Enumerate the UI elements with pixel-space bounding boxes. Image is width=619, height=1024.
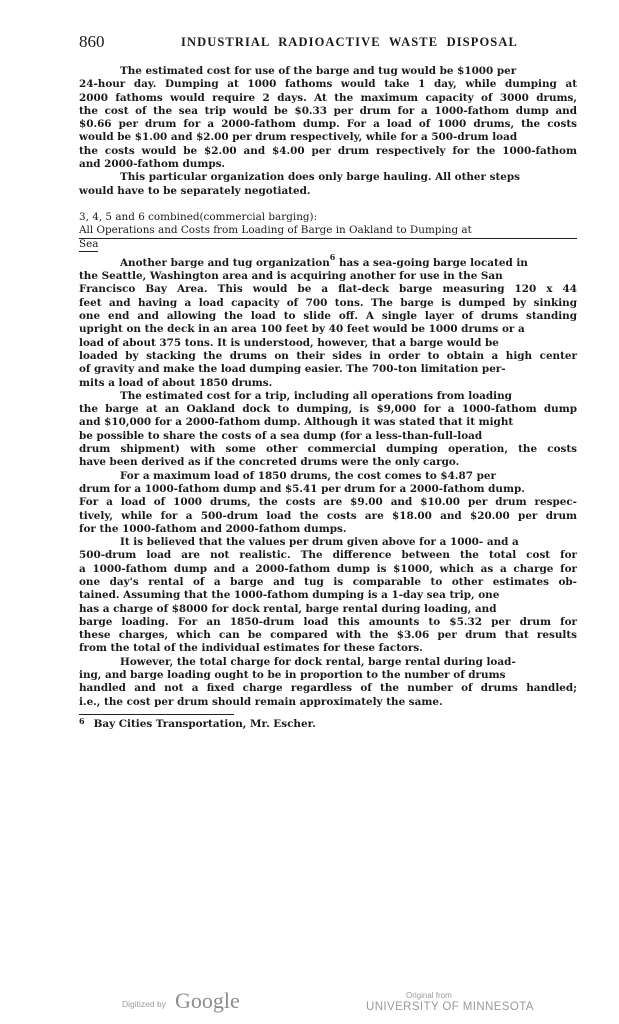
- text-line: and $10,000 for a 2000-fathom dump. Alth…: [79, 416, 577, 429]
- text-line: The estimated cost for a trip, including…: [79, 390, 577, 403]
- footnote-mark: 6: [79, 716, 85, 726]
- text-line: feet and having a load capacity of 700 t…: [79, 297, 577, 310]
- text-line: However, the total charge for dock renta…: [79, 656, 577, 669]
- text-line: for the 1000-fathom and 2000-fathom dump…: [79, 523, 577, 536]
- text-line: 500-drum load are not realistic. The dif…: [79, 549, 577, 562]
- text-line: from the total of the individual estimat…: [79, 642, 577, 655]
- paragraph-barge-hauling-only: This particular organization does only b…: [79, 171, 577, 198]
- text-line: of gravity and make the load dumping eas…: [79, 363, 577, 376]
- text-line: loaded by stacking the drums on their si…: [79, 350, 577, 363]
- paragraph-proportional-charge: However, the total charge for dock renta…: [79, 656, 577, 709]
- text-line: the cost of the sea trip would be $0.33 …: [79, 105, 577, 118]
- text-line: Francisco Bay Area. This would be a flat…: [79, 283, 577, 296]
- footnote-divider: [79, 714, 234, 715]
- body-text: The estimated cost for use of the barge …: [79, 65, 577, 709]
- text-line: have been derived as if the concreted dr…: [79, 456, 577, 469]
- text-line: The estimated cost for use of the barge …: [79, 65, 577, 78]
- digitization-footer: Digitized by Google Original from UNIVER…: [0, 990, 619, 1020]
- text-line: mits a load of about 1850 drums.: [79, 377, 577, 390]
- paragraph-barge-tug-cost: The estimated cost for use of the barge …: [79, 65, 577, 171]
- text-line: one day's rental of a barge and tug is c…: [79, 576, 577, 589]
- footnote-reference: 6: [330, 252, 336, 262]
- text-line: the Seattle, Washington area and is acqu…: [79, 270, 577, 283]
- text-line: handled and not a fixed charge regardles…: [79, 682, 577, 695]
- text-line: be possible to share the costs of a sea …: [79, 430, 577, 443]
- text-line: Another barge and tug organization6 has …: [79, 257, 577, 270]
- text-line: would have to be separately negotiated.: [79, 185, 577, 198]
- paragraph-max-load-cost: For a maximum load of 1850 drums, the co…: [79, 470, 577, 536]
- text-line: 2000 fathoms would require 2 days. At th…: [79, 92, 577, 105]
- footnote-text: Bay Cities Transportation, Mr. Escher.: [94, 718, 316, 730]
- text-line: the costs would be $2.00 and $4.00 per d…: [79, 145, 577, 158]
- page-number: 860: [79, 32, 105, 52]
- text-line: tained. Assuming that the 1000-fathom du…: [79, 589, 577, 602]
- paragraph-trip-cost: The estimated cost for a trip, including…: [79, 390, 577, 470]
- text-line: would be $1.00 and $2.00 per drum respec…: [79, 131, 577, 144]
- original-from-label: Original from: [406, 991, 452, 1000]
- text-line: a 1000-fathom dump and a 2000-fathom dum…: [79, 563, 577, 576]
- google-logo: Google: [175, 988, 240, 1014]
- text-line: barge loading. For an 1850-drum load thi…: [79, 616, 577, 629]
- digitized-by-label: Digitized by: [122, 999, 166, 1009]
- text-line: drum shipment) with some other commercia…: [79, 443, 577, 456]
- text-line: has a charge of $8000 for dock rental, b…: [79, 603, 577, 616]
- text-line: and 2000-fathom dumps.: [79, 158, 577, 171]
- text-line: 24-hour day. Dumping at 1000 fathoms wou…: [79, 78, 577, 91]
- text-line: drum for a 1000-fathom dump and $5.41 pe…: [79, 483, 577, 496]
- paragraph-another-organization: Another barge and tug organization6 has …: [79, 257, 577, 390]
- text-line: $0.66 per drum for a 2000-fathom dump. F…: [79, 118, 577, 131]
- section-title-line-1: All Operations and Costs from Loading of…: [79, 224, 577, 238]
- text-line: the barge at an Oakland dock to dumping,…: [79, 403, 577, 416]
- university-label: UNIVERSITY OF MINNESOTA: [366, 1001, 534, 1013]
- text-line: upright on the deck in an area 100 feet …: [79, 323, 577, 336]
- text-line: load of about 375 tons. It is understood…: [79, 337, 577, 350]
- paragraph-not-realistic: It is believed that the values per drum …: [79, 536, 577, 656]
- text-line: This particular organization does only b…: [79, 171, 577, 184]
- section-title-line-2: Sea: [79, 238, 98, 252]
- text-line: these charges, which can be compared wit…: [79, 629, 577, 642]
- footnote: 6Bay Cities Transportation, Mr. Escher.: [79, 718, 316, 730]
- text-line: For a maximum load of 1850 drums, the co…: [79, 470, 577, 483]
- text-line: i.e., the cost per drum should remain ap…: [79, 696, 577, 709]
- text-line: one end and allowing the load to slide o…: [79, 310, 577, 323]
- text-line: It is believed that the values per drum …: [79, 536, 577, 549]
- section-label: 3, 4, 5 and 6 combined(commercial bargin…: [79, 211, 577, 224]
- text-line: For a load of 1000 drums, the costs are …: [79, 496, 577, 509]
- page-header: 860 INDUSTRIAL RADIOACTIVE WASTE DISPOSA…: [79, 32, 579, 52]
- running-title: INDUSTRIAL RADIOACTIVE WASTE DISPOSAL: [181, 35, 518, 50]
- section-heading: 3, 4, 5 and 6 combined(commercial bargin…: [79, 211, 577, 251]
- text-line: tively, while for a 500-drum load the co…: [79, 510, 577, 523]
- text-line: ing, and barge loading ought to be in pr…: [79, 669, 577, 682]
